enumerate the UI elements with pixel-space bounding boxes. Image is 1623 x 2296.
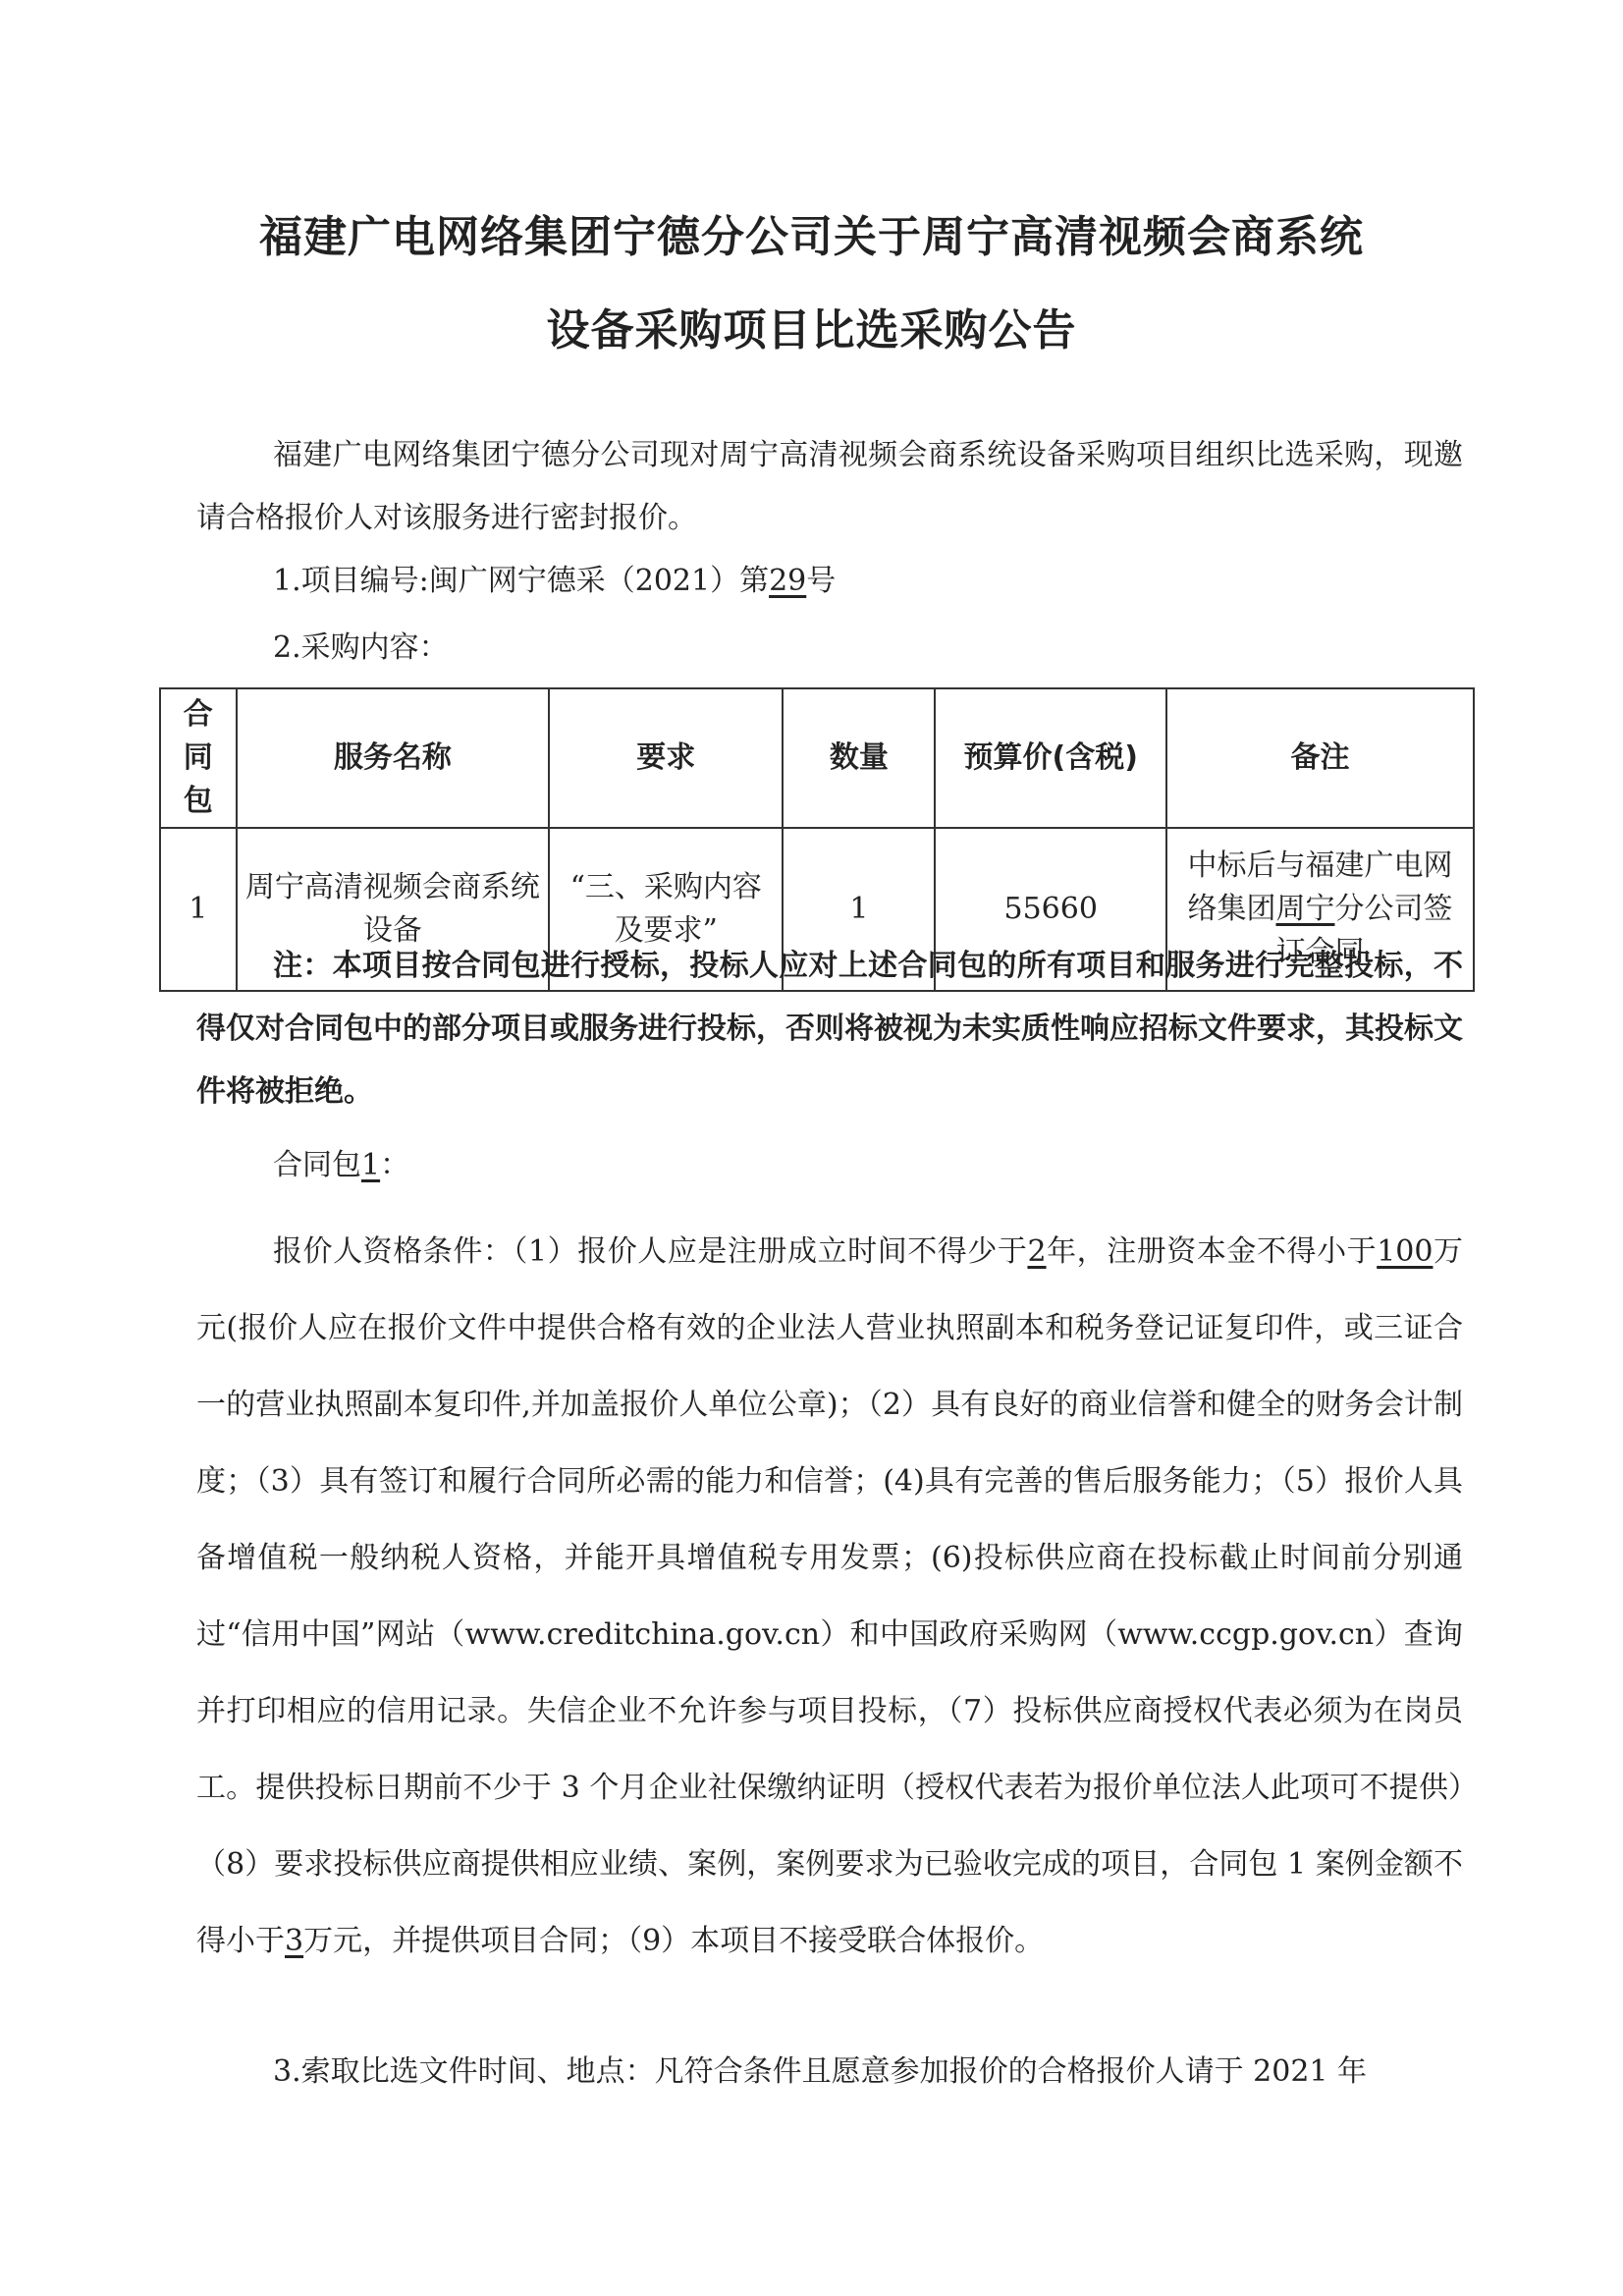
project-number-prefix: 1.项目编号:闽广网宁德采（2021）第 [273,564,769,598]
qualification-text-5: 万元，并提供项目合同；（9）本项目不接受联合体报价。 [303,1924,1044,1958]
package-label-prefix: 合同包 [273,1148,361,1182]
qualification-paragraph: 报价人资格条件：（1）报价人应是注册成立时间不得少于2年，注册资本金不得小于10… [196,1214,1463,1980]
project-number-suffix: 号 [806,564,836,598]
header-budget: 预算价(含税) [935,688,1165,828]
package-label-suffix: ： [380,1148,409,1182]
min-capital: 100 [1377,1234,1433,1269]
header-service-name: 服务名称 [237,688,550,828]
table-header-row: 合同包 服务名称 要求 数量 预算价(含税) 备注 [160,688,1474,828]
header-quantity: 数量 [783,688,935,828]
project-number-value: 29 [769,564,806,598]
package-number: 1 [361,1148,380,1182]
header-remark: 备注 [1166,688,1474,828]
header-requirement: 要求 [549,688,783,828]
min-case-amount: 3 [285,1924,303,1958]
obtain-documents-paragraph: 3.索取比选文件时间、地点：凡符合条件且愿意参加报价的合格报价人请于 2021 … [196,2041,1463,2104]
intro-paragraph: 福建广电网络集团宁德分公司现对周宁高清视频会商系统设备采购项目组织比选采购，现邀… [196,424,1463,550]
remark-branch: 周宁 [1275,892,1334,926]
note-paragraph: 注：本项目按合同包进行授标，投标人应对上述合同包的所有项目和服务进行完整投标，不… [196,935,1463,1123]
qualification-text-1: 报价人资格条件：（1）报价人应是注册成立时间不得少于 [273,1234,1027,1269]
procurement-content-heading: 2.采购内容： [196,617,1463,680]
project-number: 1.项目编号:闽广网宁德采（2021）第29号 [196,550,1463,613]
package-label: 合同包1： [196,1134,1463,1197]
header-package: 合同包 [160,688,237,828]
qualification-text-2: 年，注册资本金不得小于 [1047,1234,1378,1269]
document-title-line-1: 福建广电网络集团宁德分公司关于周宁高清视频会商系统 [0,201,1623,264]
qualification-text-4: （www.creditchina.gov.cn）和中国政府采购网（www.ccg… [196,1617,1463,1958]
qualification-text-3: 万元(报价人应在报价文件中提供合格有效的企业法人营业执照副本和税务登记证复印件，… [196,1234,1463,1652]
min-years: 2 [1027,1234,1046,1269]
document-title-line-2: 设备采购项目比选采购公告 [0,295,1623,357]
